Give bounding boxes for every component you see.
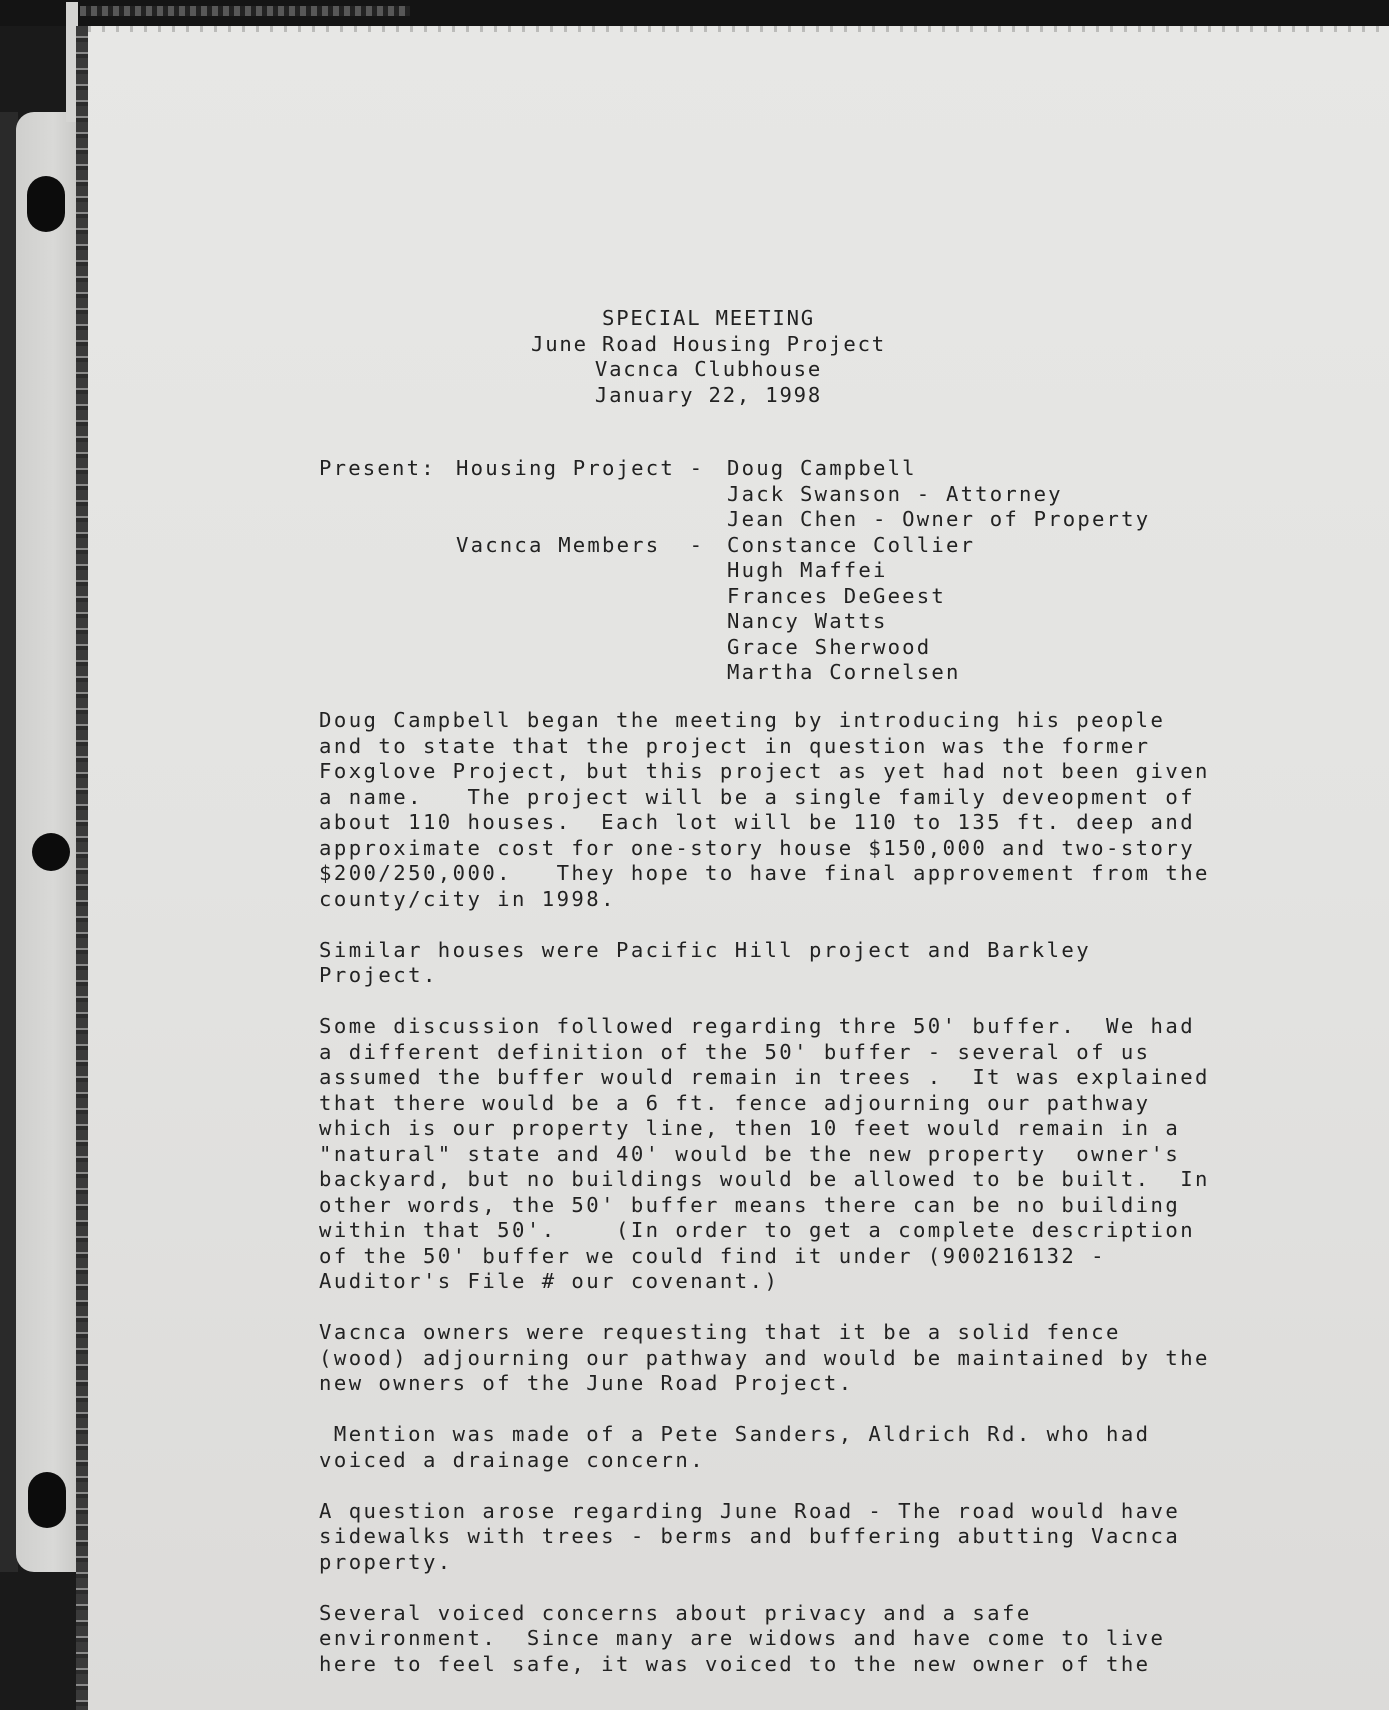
minutes-paragraph: A question arose regarding June Road - T… — [319, 1499, 1219, 1576]
meeting-title: SPECIAL MEETING — [28, 306, 1389, 332]
text-line: Auditor's File # our covenant.) — [319, 1269, 1219, 1295]
text-line: environment. Since many are widows and h… — [319, 1626, 1219, 1652]
text-line: (wood) adjourning our pathway and would … — [319, 1346, 1219, 1372]
text-line: Vacnca owners were requesting that it be… — [319, 1320, 1219, 1346]
attendee-name: Doug Campbell — [727, 456, 917, 480]
meeting-date: January 22, 1998 — [28, 383, 1389, 409]
attendee-name: Grace Sherwood — [727, 635, 931, 659]
text-line: A question arose regarding June Road - T… — [319, 1499, 1219, 1525]
minutes-paragraph: Vacnca owners were requesting that it be… — [319, 1320, 1219, 1397]
text-line: $200/250,000. They hope to have final ap… — [319, 861, 1219, 887]
attendee-name: Constance Collier — [727, 533, 975, 557]
text-line: that there would be a 6 ft. fence adjour… — [319, 1091, 1219, 1117]
text-line: about 110 houses. Each lot will be 110 t… — [319, 810, 1219, 836]
present-label: Present: — [319, 456, 436, 480]
project-name: June Road Housing Project — [28, 332, 1389, 358]
text-line: within that 50'. (In order to get a comp… — [319, 1218, 1219, 1244]
text-line: Some discussion followed regarding thre … — [319, 1014, 1219, 1040]
document-page: SPECIAL MEETING June Road Housing Projec… — [88, 26, 1389, 1710]
text-line: which is our property line, then 10 feet… — [319, 1116, 1219, 1142]
text-line: a different definition of the 50' buffer… — [319, 1040, 1219, 1066]
text-line: property. — [319, 1550, 1219, 1576]
text-line: voiced a drainage concern. — [319, 1448, 1219, 1474]
text-line: Mention was made of a Pete Sanders, Aldr… — [319, 1422, 1219, 1448]
text-line: of the 50' buffer we could find it under… — [319, 1244, 1219, 1270]
attendee-name: Nancy Watts — [727, 609, 888, 633]
text-line: sidewalks with trees - berms and bufferi… — [319, 1524, 1219, 1550]
attendee-group-label: Housing Project - — [456, 456, 704, 480]
text-line: and to state that the project in questio… — [319, 734, 1219, 760]
meeting-location: Vacnca Clubhouse — [28, 357, 1389, 383]
text-line: Project. — [319, 963, 1219, 989]
minutes-paragraph: Mention was made of a Pete Sanders, Aldr… — [319, 1422, 1219, 1473]
attendee-group-label: Vacnca Members - — [456, 533, 704, 557]
meeting-header: SPECIAL MEETING June Road Housing Projec… — [88, 306, 1389, 408]
text-line: Foxglove Project, but this project as ye… — [319, 759, 1219, 785]
text-line: Similar houses were Pacific Hill project… — [319, 938, 1219, 964]
minutes-paragraph: Several voiced concerns about privacy an… — [319, 1601, 1219, 1678]
binder-hole-top-icon — [27, 176, 65, 232]
attendee-name: Jean Chen - Owner of Property — [727, 507, 1150, 531]
text-line: approximate cost for one-story house $15… — [319, 836, 1219, 862]
binder-perforation — [80, 6, 410, 16]
text-line: Doug Campbell began the meeting by intro… — [319, 708, 1219, 734]
text-line: backyard, but no buildings would be allo… — [319, 1167, 1219, 1193]
page-top-edge — [88, 26, 1389, 32]
text-line: other words, the 50' buffer means there … — [319, 1193, 1219, 1219]
sheet-protector-seam — [76, 26, 88, 1710]
scanner-top-band — [0, 0, 1389, 26]
text-line: here to feel safe, it was voiced to the … — [319, 1652, 1219, 1678]
text-line: "natural" state and 40' would be the new… — [319, 1142, 1219, 1168]
minutes-paragraph: Doug Campbell began the meeting by intro… — [319, 708, 1219, 912]
text-line: new owners of the June Road Project. — [319, 1371, 1219, 1397]
minutes-paragraph: Some discussion followed regarding thre … — [319, 1014, 1219, 1295]
text-line: assumed the buffer would remain in trees… — [319, 1065, 1219, 1091]
minutes-paragraph: Similar houses were Pacific Hill project… — [319, 938, 1219, 989]
binder-hole-bottom-icon — [28, 1472, 66, 1528]
text-line: Several voiced concerns about privacy an… — [319, 1601, 1219, 1627]
attendee-name: Jack Swanson - Attorney — [727, 482, 1063, 506]
attendee-name: Martha Cornelsen — [727, 660, 961, 684]
binder-hole-middle-icon — [32, 833, 70, 871]
attendee-name: Hugh Maffei — [727, 558, 888, 582]
meeting-minutes-body: Doug Campbell began the meeting by intro… — [319, 708, 1219, 1703]
text-line: county/city in 1998. — [319, 887, 1219, 913]
attendee-name: Frances DeGeest — [727, 584, 946, 608]
text-line: a name. The project will be a single fam… — [319, 785, 1219, 811]
